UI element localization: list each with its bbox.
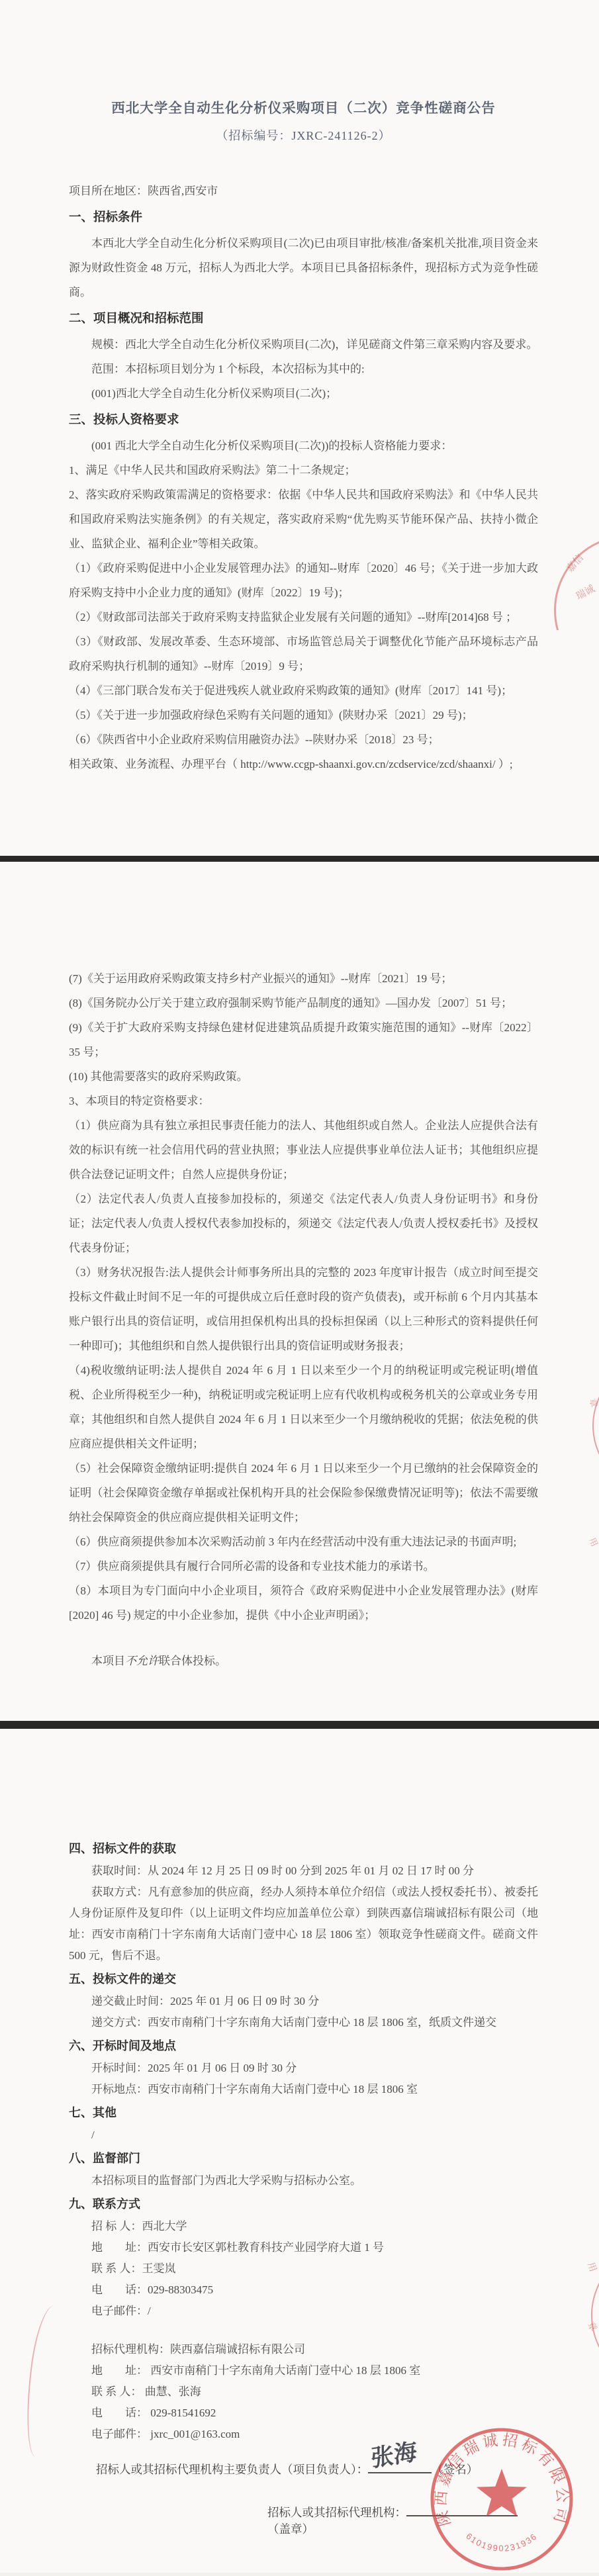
paragraph: 获取方式：凡有意参加的供应商，经办人须持本单位介绍信（或法人授权委托书）、被委托…: [69, 1882, 538, 1966]
paragraph: 地 址：西安市长安区郭杜教育科技产业园学府大道 1 号: [69, 2237, 538, 2258]
paragraph: 招 标 人：西北大学: [69, 2216, 538, 2237]
document-title: 西北大学全自动生化分析仪采购项目（二次）竞争性磋商公告: [69, 98, 538, 119]
paragraph: (9)《关于扩大政府采购支持绿色建材促进建筑品质提升政策实施范围的通知》--财库…: [69, 1015, 538, 1064]
paragraph: （2）法定代表人/负责人直接参加投标的，须递交《法定代表人/负责人身份证明书》和…: [69, 1187, 538, 1260]
paragraph-segment: 不允许: [125, 1655, 159, 1667]
handwritten-signature: 张海: [371, 2440, 417, 2470]
document-page-1: 西北大学全自动生化分析仪采购项目（二次）竞争性磋商公告（招标编号：JXRC-24…: [0, 0, 599, 856]
paragraph: (001)西北大学全自动生化分析仪采购项目(二次)；: [69, 381, 538, 406]
spacer: [69, 2322, 538, 2339]
paragraph: 2、落实政府采购政策需满足的资格要求：依据《中华人民共和国政府采购法》和《中华人…: [69, 483, 538, 556]
paragraph: 电 话：029-88303475: [69, 2279, 538, 2301]
paragraph: (10) 其他需要落实的政府采购政策。: [69, 1064, 538, 1089]
paragraph: 开标时间：2025 年 01 月 06 日 09 时 30 分: [69, 2058, 538, 2079]
document-subtitle: （招标编号：JXRC-241126-2）: [69, 126, 538, 146]
signature-underline: 张海: [368, 2461, 432, 2473]
paragraph: （4）《三部门联合发布关于促进残疾人就业政府采购政策的通知》(财库〔2017〕1…: [69, 678, 538, 703]
seal-underline: [406, 2504, 518, 2516]
section-heading: 三、投标人资格要求: [69, 406, 538, 434]
paragraph: 开标地点：西安市南稍门十字东南角大话南门壹中心 18 层 1806 室: [69, 2079, 538, 2100]
paragraph: 招标代理机构：陕西嘉信瑞诚招标有限公司: [69, 2339, 538, 2360]
paragraph-segment: 本项目: [91, 1655, 125, 1667]
paragraph: 电子邮件：/: [69, 2301, 538, 2322]
paragraph: 3、本项目的特定资格要求：: [69, 1089, 538, 1113]
paragraph: （6）《陕西省中小企业政府采购信用融资办法》--陕财办采〔2018〕23 号；: [69, 727, 538, 752]
paragraph: 本西北大学全自动生化分析仪采购项目(二次)已由项目审批/核准/备案机关批准,项目…: [69, 231, 538, 304]
paragraph: 本招标项目的监督部门为西北大学采购与招标办公室。: [69, 2170, 538, 2191]
section-heading: 九、联系方式: [69, 2193, 538, 2216]
principal-signature-line: 招标人或其招标代理机构主要负责人（项目负责人）：张海（签名）: [96, 2461, 538, 2477]
scanned-document: 西北大学全自动生化分析仪采购项目（二次）竞争性磋商公告（招标编号：JXRC-24…: [0, 0, 599, 2573]
paragraph: 范围：本招标项目划分为 1 个标段，本次招标为其中的:: [69, 357, 538, 381]
paragraph: 联 系 人： 曲慧、张海: [69, 2381, 538, 2403]
paragraph: （6）供应商须提供参加本次采购活动前 3 年内在经营活动中没有重大违法记录的书面…: [69, 1530, 538, 1554]
paragraph: （7）供应商须提供具有履行合同所必需的设备和专业技术能力的承诺书。: [69, 1554, 538, 1579]
section-heading: 五、投标文件的递交: [69, 1968, 538, 1991]
paragraph: 递交截止时间：2025 年 01 月 06 日 09 时 30 分: [69, 1991, 538, 2012]
paragraph: 递交方式：西安市南稍门十字东南角大话南门壹中心 18 层 1806 室，纸质文件…: [69, 2012, 538, 2033]
paragraph-segment: 联合体投标。: [159, 1655, 226, 1667]
paragraph: （5）社会保障资金缴纳证明:提供自 2024 年 6 月 1 日以来至少一个月已…: [69, 1456, 538, 1530]
document-page-2: (7)《关于运用政府采购政策支持乡村产业振兴的通知》--财库〔2021〕19 号…: [0, 862, 599, 1721]
paragraph: (7)《关于运用政府采购政策支持乡村产业振兴的通知》--财库〔2021〕19 号…: [69, 966, 538, 991]
paragraph: （2）《财政部司法部关于政府采购支持监狱企业发展有关问题的通知》--财库[201…: [69, 605, 538, 629]
paragraph: 联 系 人：王雯岚: [69, 2258, 538, 2279]
page-2-content: (7)《关于运用政府采购政策支持乡村产业振兴的通知》--财库〔2021〕19 号…: [69, 966, 538, 1673]
paragraph: 电子邮件： jxrc_001@163.com: [69, 2424, 538, 2445]
page-separator-2: [0, 1721, 599, 1729]
paragraph: 项目所在地区：陕西省,西安市: [69, 179, 538, 203]
paragraph: 规模：西北大学全自动生化分析仪采购项目(二次)，详见磋商文件第三章采购内容及要求…: [69, 332, 538, 357]
section-heading: 一、招标条件: [69, 203, 538, 231]
section-heading: 八、监督部门: [69, 2147, 538, 2170]
page-3-content: 四、招标文件的获取获取时间：从 2024 年 12 月 25 日 09 时 00…: [69, 1837, 538, 2445]
paragraph: （5）《关于进一步加强政府绿色采购有关问题的通知》(陕财办采〔2021〕29 号…: [69, 703, 538, 727]
section-heading: 二、项目概况和招标范围: [69, 304, 538, 332]
paragraph: （8）本项目为专门面向中小企业项目，须符合《政府采购促进中小企业发展管理办法》(…: [69, 1579, 538, 1628]
paragraph: （3）《财政部、发展改革委、生态环境部、市场监管总局关于调整优化节能产品环境标志…: [69, 629, 538, 678]
org-label: 招标人或其招标代理机构：: [267, 2506, 406, 2519]
paragraph: (001 西北大学全自动生化分析仪采购项目(二次))的投标人资格能力要求：: [69, 434, 538, 458]
paragraph: （1）供应商为具有独立承担民事责任能力的法人、其他组织或自然人。企业法人应提供合…: [69, 1113, 538, 1187]
paragraph: 本项目不允许联合体投标。: [69, 1649, 538, 1673]
paragraph: (8)《国务院办公厅关于建立政府强制采购节能产品制度的通知》—国办发〔2007〕…: [69, 991, 538, 1015]
paragraph: 电 话： 029-81541692: [69, 2403, 538, 2424]
section-heading: 六、开标时间及地点: [69, 2035, 538, 2058]
paragraph: 相关政策、业务流程、办理平台（ http://www.ccgp-shaanxi.…: [69, 752, 538, 776]
paragraph: 1、满足《中华人民共和国政府采购法》第二十二条规定；: [69, 458, 538, 483]
org-seal-line: 招标人或其招标代理机构：（盖章）: [267, 2504, 538, 2537]
principal-label: 招标人或其招标代理机构主要负责人（项目负责人）：: [96, 2463, 368, 2476]
seal-suffix: （盖章）: [267, 2522, 314, 2536]
section-heading: 四、招标文件的获取: [69, 1837, 538, 1861]
page-separator-1: [0, 856, 599, 862]
paragraph: 获取时间：从 2024 年 12 月 25 日 09 时 00 分到 2025 …: [69, 1861, 538, 1882]
paragraph: （4)税收缴纳证明:法人提供自 2024 年 6 月 1 日以来至少一个月的纳税…: [69, 1358, 538, 1456]
section-heading: 七、其他: [69, 2101, 538, 2125]
paragraph: （3）财务状况报告:法人提供会计师事务所出具的完整的 2023 年度审计报告（成…: [69, 1260, 538, 1358]
paragraph: /: [69, 2125, 538, 2146]
paragraph: （1）《政府采购促进中小企业发展管理办法》的通知--财库〔2020〕46 号；《…: [69, 556, 538, 605]
page-1-content: 西北大学全自动生化分析仪采购项目（二次）竞争性磋商公告（招标编号：JXRC-24…: [69, 98, 538, 776]
document-page-3: 四、招标文件的获取获取时间：从 2024 年 12 月 25 日 09 时 00…: [0, 1729, 599, 2573]
paragraph: 地 址： 西安市南稍门十字东南角大话南门壹中心 18 层 1806 室: [69, 2360, 538, 2381]
sign-suffix: （签名）: [432, 2463, 478, 2476]
